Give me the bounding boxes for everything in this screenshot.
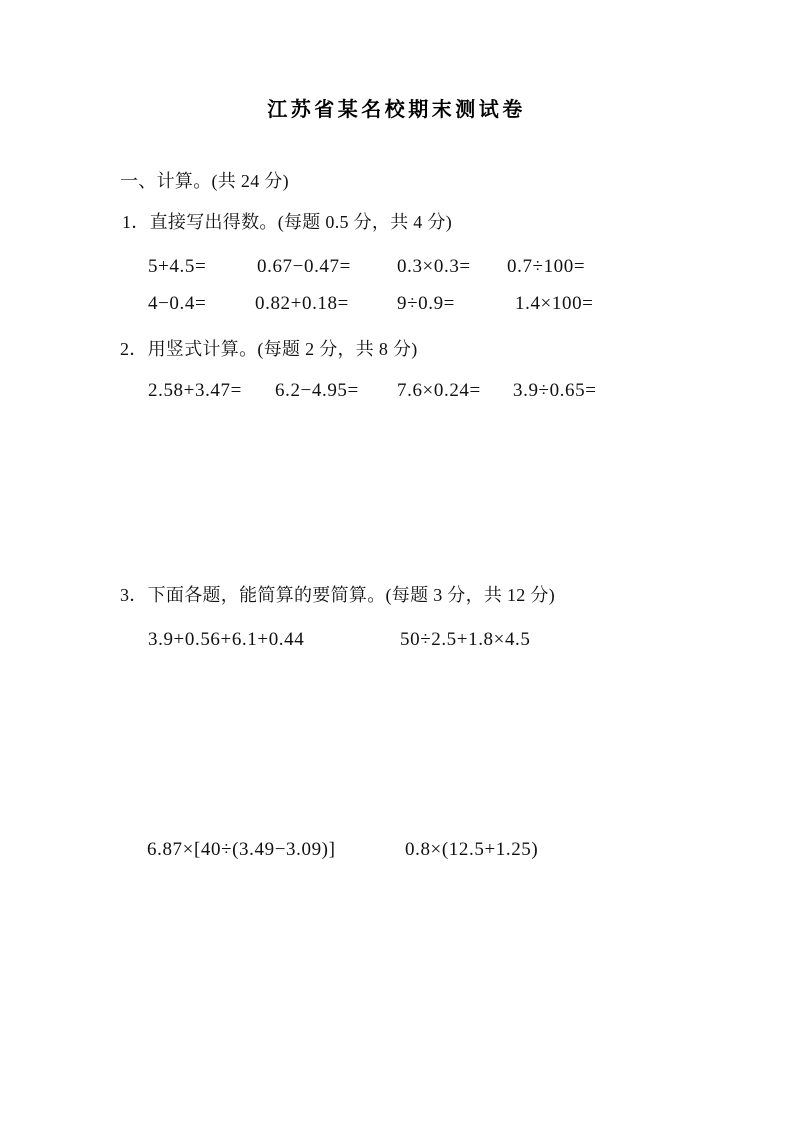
q3-expression-3: 6.87×[40÷(3.49−3.09)] <box>147 840 336 861</box>
q1-expression-2: 0.67−0.47= <box>257 257 351 278</box>
question-3-heading: 3．下面各题，能简算的要简算。(每题 3 分，共 12 分) <box>120 585 555 606</box>
q2-expression-4: 3.9÷0.65= <box>513 381 597 402</box>
q1-expression-1: 5+4.5= <box>148 257 206 278</box>
q2-expression-2: 6.2−4.95= <box>275 381 359 402</box>
question-2-heading: 2．用竖式计算。(每题 2 分，共 8 分) <box>120 339 418 360</box>
q2-expression-1: 2.58+3.47= <box>148 381 242 402</box>
q1-expression-3: 0.3×0.3= <box>397 257 471 278</box>
q1-expression-8: 1.4×100= <box>515 294 593 315</box>
q3-expression-2: 50÷2.5+1.8×4.5 <box>400 630 531 651</box>
question-1-heading: 1．直接写出得数。(每题 0.5 分，共 4 分) <box>122 212 452 233</box>
q1-expression-4: 0.7÷100= <box>507 257 585 278</box>
q1-expression-7: 9÷0.9= <box>397 294 455 315</box>
q1-expression-5: 4−0.4= <box>148 294 206 315</box>
q2-expression-3: 7.6×0.24= <box>397 381 481 402</box>
q1-expression-6: 0.82+0.18= <box>255 294 349 315</box>
q3-expression-4: 0.8×(12.5+1.25) <box>405 840 538 861</box>
section-1-heading: 一、计算。(共 24 分) <box>120 171 289 192</box>
document-page: 江苏省某名校期末测试卷 一、计算。(共 24 分) 1．直接写出得数。(每题 0… <box>0 0 793 1122</box>
exam-title: 江苏省某名校期末测试卷 <box>0 98 793 122</box>
q3-expression-1: 3.9+0.56+6.1+0.44 <box>148 630 304 651</box>
